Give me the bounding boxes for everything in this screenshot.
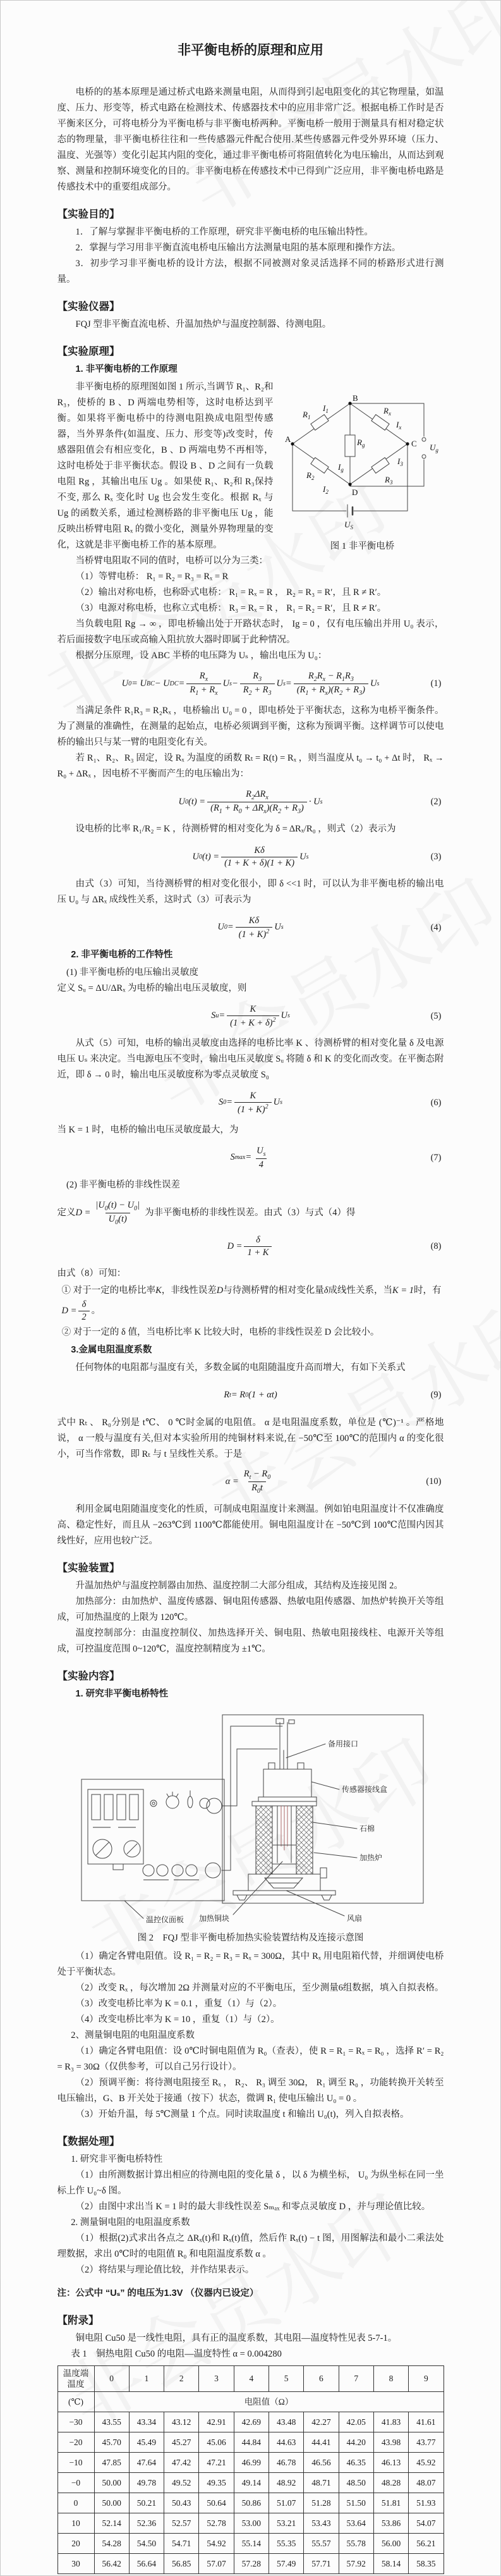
- equation-number: (10): [426, 1474, 441, 1490]
- table-cell: 50.43: [164, 2493, 199, 2513]
- table-cell: 4: [234, 2365, 269, 2391]
- principle-section2-title: 2. 非平衡电桥的工作特性: [57, 947, 444, 963]
- principle-section1-title: 1. 非平衡电桥的工作原理: [57, 362, 444, 377]
- principle-paragraph-4: 根据分压原理，设 ABC 半桥的电压降为 Uₛ ，输出电压为 U₀：: [57, 648, 444, 664]
- table-cell: 43.98: [373, 2432, 408, 2452]
- label-copper-block: 加热铜块: [199, 1913, 229, 1923]
- data-processing-item: （2）由图中求出当 K = 1 时的最大非线性误差 Sₘₐₓ 和零点灵敏度 D …: [57, 2199, 444, 2215]
- fraction: δ2: [78, 1299, 89, 1323]
- principle-paragraph-3: 当负载电阻 Rg → ∞ ，即电桥输出处于开路状态时， Ig = 0 ，仅有电压…: [57, 616, 444, 648]
- equation-5: Su = K(1 + K + δ)2Us(5): [57, 1002, 444, 1030]
- table-cell: 45.06: [199, 2432, 234, 2452]
- table-row: 2054.2854.5054.7154.9255.1455.3555.5755.…: [57, 2533, 444, 2553]
- figure-2: 备用接口 传感器接线盒 石棉 加热炉 加热铜块 风扇: [57, 1711, 444, 1946]
- table-cell: 47.64: [129, 2452, 164, 2472]
- current-ig-label: Ig: [337, 462, 344, 473]
- resistor-r3-label: R3: [384, 475, 393, 486]
- equation-number: (8): [431, 1239, 442, 1254]
- table-cell: 46.99: [234, 2452, 269, 2472]
- table-row: 1052.1452.3652.5752.7853.0053.2153.4353.…: [57, 2513, 444, 2533]
- purpose-item: 3．初步学习非平衡电桥的设计方法，根据不同被测对象灵活选择不同的桥路形式进行测量…: [57, 256, 444, 288]
- table-cell: 53.64: [339, 2513, 373, 2533]
- table-cell: 47.85: [94, 2452, 129, 2472]
- table-cell: 43.55: [94, 2412, 129, 2432]
- table-cell: 43.12: [164, 2412, 199, 2432]
- content-step: （2）改变 Rₓ ，每次增加 2Ω 并测量对应的不平衡电压，至少测量6组数据，填…: [57, 1980, 444, 1996]
- fraction: |U0(t) − U0|U0(t): [92, 1199, 143, 1227]
- table-cell: 54.71: [164, 2533, 199, 2553]
- label-spare-port: 备用接口: [328, 1739, 358, 1748]
- fraction: Kδ(1 + K)2: [236, 915, 273, 941]
- bridge-circuit-diagram: A B C D R1 I1 Rx Ix R2 I2 R3 I3 Rg Ig Ug…: [284, 381, 442, 532]
- current-i3-label: I3: [397, 457, 403, 467]
- table-cell: 50.00: [94, 2472, 129, 2493]
- table-cell: 0: [57, 2493, 94, 2513]
- table-cell: 56.42: [94, 2553, 129, 2573]
- table-cell: 51.81: [373, 2493, 408, 2513]
- table-cell: 52.78: [199, 2513, 234, 2533]
- instruments-text: FQJ 型非平衡直流电桥、升温加热炉与温度控制器、待测电阻。: [57, 317, 444, 333]
- voltage-us-label: US: [344, 520, 353, 531]
- apparatus-paragraph-2: 加热部分：由加热炉、温度传感器、铜电阻传感器、热敏电阻传感器、加热炉转换开关等组…: [57, 1594, 444, 1626]
- table-cell: 52.36: [129, 2513, 164, 2533]
- table-cell: 56.00: [373, 2533, 408, 2553]
- resistor-r1-label: R1: [302, 410, 310, 420]
- bridge-class-2: （2）输出对称电桥，也称卧式电桥： R₁ = Rₓ = R ， R₂ = R₃ …: [57, 585, 444, 601]
- equation-2: U0(t) = R2ΔRx(R1 + R0 + ΔRx)(R2 + R3) · …: [57, 788, 444, 816]
- table-cell: 2: [164, 2365, 199, 2391]
- voltage-ug-label: Ug: [430, 443, 438, 453]
- table-cell: 48.28: [373, 2472, 408, 2493]
- table-cell: 42.27: [304, 2412, 339, 2432]
- table-cell: 49.78: [129, 2472, 164, 2493]
- table-cell: 50.64: [199, 2493, 234, 2513]
- table-cell: 52.14: [94, 2513, 129, 2533]
- heading-apparatus: 【实验装置】: [57, 1561, 444, 1576]
- table-cell: 48.71: [304, 2472, 339, 2493]
- table-cell: 49.14: [234, 2472, 269, 2493]
- table-cell: 42.05: [339, 2412, 373, 2432]
- resistor-rx-label: Rx: [383, 406, 391, 417]
- figure-1: A B C D R1 I1 Rx Ix R2 I2 R3 I3 Rg Ig Ug…: [281, 381, 444, 555]
- table-cell: 53.21: [269, 2513, 303, 2533]
- fraction: Rt − R0R0t: [241, 1468, 274, 1495]
- current-ix-label: Ix: [395, 420, 401, 431]
- fraction: R2Rx − R1R3(R1 + Rx)(R2 + R3): [294, 670, 368, 697]
- content-step: （1）确定各臂电阻值：设 0℃时铜电阻值为 R₀（查表），使 R = R₁ = …: [57, 2044, 444, 2075]
- equation-4: U0 = Kδ(1 + K)2Us(4): [57, 914, 444, 941]
- content-step: （4）改变电桥比率为 K = 10 ，重复（1）与（2）。: [57, 2012, 444, 2028]
- table-cell: 45.70: [94, 2432, 129, 2452]
- table-cell: −20: [57, 2432, 94, 2452]
- data-processing-s1: 1. 研究非平衡电桥特性: [57, 2152, 444, 2168]
- principle-paragraph-8: 由式（3）可知，当待测桥臂的相对变化很小，即 δ <<1 时，可以认为非平衡电桥…: [57, 876, 444, 908]
- principle-paragraph-12: 任何物体的电阻都与温度有关，多数金属的电阻随温度升高而增大，有如下关系式: [57, 1360, 444, 1376]
- appendix-table-wrap: 温度端温度0123456789(℃)电阻值（Ω）−3043.5543.3443.…: [57, 2365, 444, 2574]
- heading-purpose: 【实验目的】: [57, 207, 444, 223]
- table-cell: 3: [199, 2365, 234, 2391]
- equation-number: (7): [431, 1150, 442, 1166]
- equation-7: Smax = Us4(7): [57, 1144, 444, 1172]
- principle-paragraph-5: 当满足条件 R₁R₃ = R₂Rₓ ，电桥输出 U₀ = 0 ，即电桥处于平衡状…: [57, 703, 444, 751]
- table-cell: 30: [57, 2553, 94, 2573]
- equation-1: U0 = UBC − UDC = RxR1 + RxUs − R3R2 + R3…: [57, 670, 444, 697]
- table-cell: 58.35: [409, 2553, 444, 2573]
- node-label-c: C: [411, 439, 417, 448]
- heating-apparatus-diagram: 备用接口 传感器接线盒 石棉 加热炉 加热铜块 风扇: [74, 1711, 428, 1929]
- figure-2-caption: 图 2 FQJ 型非平衡电桥加热实验装置结构及连接示意图: [57, 1930, 444, 1946]
- equation-6: S0 = K(1 + K)2Us(6): [57, 1089, 444, 1117]
- table-cell: 51.07: [269, 2493, 303, 2513]
- table-cell: 56.64: [129, 2553, 164, 2573]
- table-cell: 44.20: [339, 2432, 373, 2452]
- table-cell: 50.21: [129, 2493, 164, 2513]
- table-cell: 47.21: [199, 2452, 234, 2472]
- table-cell: 42.91: [199, 2412, 234, 2432]
- equation-10: α = Rt − R0R0t(10): [57, 1468, 444, 1496]
- equation-3: U0(t) = Kδ(1 + K + δ)(1 + K)Us(3): [57, 843, 444, 871]
- heading-content: 【实验内容】: [57, 1669, 444, 1684]
- table-cell: 51.28: [304, 2493, 339, 2513]
- label-fan: 风扇: [347, 1913, 362, 1923]
- appendix-paragraph: 铜电阻 Cu50 是一线性电阻，具有正的温度系数，其电阻—温度特性见表 5-7-…: [57, 2331, 444, 2346]
- table-cell: 8: [373, 2365, 408, 2391]
- page-title: 非平衡电桥的原理和应用: [57, 42, 444, 58]
- equation-number: (6): [431, 1095, 442, 1111]
- table-cell: 54.50: [129, 2533, 164, 2553]
- table-cell: 45.49: [129, 2432, 164, 2452]
- table-cell: 46.13: [373, 2452, 408, 2472]
- node-label-d: D: [352, 488, 358, 497]
- table-cell: 20: [57, 2533, 94, 2553]
- table-cell: 7: [339, 2365, 373, 2391]
- apparatus-paragraph-3: 温度控制部分：由温度控制仪、加热选择开关、铜电阻、热敏电阻接线柱、电源开关等组成…: [57, 1626, 444, 1657]
- table-row: −3043.5543.3443.1242.9142.6943.4842.2742…: [57, 2412, 444, 2432]
- data-processing-s2: 2. 测量铜电阻的电阻温度系数: [57, 2215, 444, 2231]
- table-cell: 51.93: [409, 2493, 444, 2513]
- appendix-table: 温度端温度0123456789(℃)电阻值（Ω）−3043.5543.3443.…: [57, 2365, 444, 2573]
- content-section1-title: 1. 研究非平衡电桥特性: [57, 1686, 444, 1702]
- table-cell: 58.14: [373, 2553, 408, 2573]
- table-cell: 9: [409, 2365, 444, 2391]
- table-cell: 50.86: [234, 2493, 269, 2513]
- node-label-a: A: [285, 434, 291, 444]
- document-page: 非会员水印 非会员水印 非会员水印 非会员水印 非会员水印 非会员水印 非平衡电…: [0, 0, 501, 2576]
- resistor-r2-label: R2: [306, 470, 315, 481]
- sensitivity-definition: 定义 Sᵤ = ΔU/ΔRₓ 为电桥的输出电压灵敏度，则: [57, 981, 444, 997]
- principle-paragraph-13: 式中 Rₜ 、 R₀分别是 t℃、 0 ℃时金属的电阻值。 α 是电阻温度系数，…: [57, 1415, 444, 1463]
- table-cell: 53.86: [373, 2513, 408, 2533]
- table-cell: 1: [129, 2365, 164, 2391]
- table-cell: 57.92: [339, 2553, 373, 2573]
- intro-paragraph: 电桥的的基本原理是通过桥式电路来测量电阻，从而得到引起电阻变化的其它物理量，如温…: [57, 85, 444, 195]
- content-step: （3）改变电桥比率为 K = 0.1 ，重复（1）与（2）。: [57, 1996, 444, 2012]
- table-cell: 57.49: [269, 2553, 303, 2573]
- data-processing-item: （1）由所测数据计算出相应的待测电阻的变化量 δ ，以 δ 为横坐标， U₀ 为…: [57, 2168, 444, 2199]
- fraction: K(1 + K + δ)2: [227, 1003, 279, 1029]
- purpose-item: 2．掌握与学习用非平衡直流电桥电压输出方法测量电阻的基本原理和操作方法。: [57, 240, 444, 256]
- label-controller-panel: 温控仪面板: [146, 1915, 184, 1924]
- table-cell: 43.48: [269, 2412, 303, 2432]
- table-row: −2045.7045.4945.2745.0644.8444.6344.4144…: [57, 2432, 444, 2452]
- equation-number: (5): [431, 1009, 442, 1024]
- content-section2-title: 2、测量铜电阻的电阻温度系数: [57, 2028, 444, 2044]
- table-cell: 53.00: [234, 2513, 269, 2533]
- label-furnace: 加热炉: [359, 1853, 382, 1862]
- conclusion-point-2: ② 对于一定的 δ 值，当电桥比率 K 比较大时，电桥的非线性误差 D 会比较小…: [57, 1325, 444, 1340]
- equation-9: Rt = R0(1 + αt)(9): [57, 1382, 444, 1409]
- table-cell: 53.43: [304, 2513, 339, 2533]
- principle-section2-sub1: (1) 非平衡电桥的电压输出灵敏度: [57, 965, 444, 981]
- table-cell: 51.50: [339, 2493, 373, 2513]
- data-processing-item: （2）将结果与理论值比较，并作结果表示。: [57, 2262, 444, 2278]
- table-cell: 48.50: [339, 2472, 373, 2493]
- table-cell: 41.83: [373, 2412, 408, 2432]
- heading-appendix: 【附录】: [57, 2313, 444, 2329]
- table-cell: 47.42: [164, 2452, 199, 2472]
- principle-paragraph-7: 设电桥的比率 R₁/R₂ = K ，待测桥臂的相对变化为 δ = ΔRₓ/R₀ …: [57, 821, 444, 837]
- figure-1-caption: 图 1 非平衡电桥: [281, 539, 444, 555]
- heading-principle: 【实验原理】: [57, 344, 444, 360]
- table-cell: −0: [57, 2472, 94, 2493]
- apparatus-paragraph-1: 升温加热炉与温度控制器由加热、温度控制二大部分组成，其结构及连接见图 2。: [57, 1578, 444, 1594]
- table-cell: 44.84: [234, 2432, 269, 2452]
- table-cell: 45.92: [409, 2452, 444, 2472]
- node-label-b: B: [353, 393, 358, 403]
- purpose-item: 1．了解与掌握非平衡电桥的工作原理，研究非平衡电桥的电压输出特性。: [57, 224, 444, 240]
- equation-8: D = δ1 + K(8): [57, 1232, 444, 1260]
- table-cell: 电阻值（Ω）: [94, 2391, 444, 2412]
- table-cell: 55.78: [339, 2533, 373, 2553]
- table-cell: 6: [304, 2365, 339, 2391]
- bridge-class-1: （1）等臂电桥： R₁ = R₂ = R₃ = Rₓ = R: [57, 569, 444, 585]
- table-cell: 45.27: [164, 2432, 199, 2452]
- fraction: K(1 + K)2: [234, 1090, 272, 1116]
- table-cell: 52.57: [164, 2513, 199, 2533]
- equation-number: (3): [431, 849, 442, 865]
- principle-paragraph-11: 由式（8）可知：: [57, 1266, 444, 1282]
- heading-data-processing: 【数据处理】: [57, 2134, 444, 2150]
- appendix-table-caption: 表 1 铜热电阻 Cu50 的电阻—温度特性 α = 0.004280: [57, 2346, 444, 2362]
- label-junction-box: 传感器接线盒: [342, 1784, 387, 1794]
- content-step: （2）预调平衡：将待测电阻接至 Rₓ ， R₂、 R₃ 调至 30Ω， R₁ 调…: [57, 2075, 444, 2107]
- nonlinearity-definition: 定义 D = |U0(t) − U0|U0(t) 为非平衡电桥的非线性误差。由式…: [57, 1199, 444, 1227]
- fraction: RxR1 + Rx: [186, 670, 220, 697]
- equation-number: (4): [431, 920, 442, 936]
- bridge-class-3: （3）电源对称电桥，也称立式电桥： R₃ = Rₓ = R ， R₁ = R₂ …: [57, 601, 444, 616]
- current-i2-label: I2: [322, 484, 329, 495]
- table-cell: 49.52: [164, 2472, 199, 2493]
- heading-instruments: 【实验仪器】: [57, 299, 444, 315]
- content-step: （3）开始升温，每 5℃测量 1 个点。同时读取温度 t 和输出 U₀(t)，列…: [57, 2107, 444, 2123]
- table-cell: 57.71: [304, 2553, 339, 2573]
- table-cell: 54.92: [199, 2533, 234, 2553]
- resistor-rg-label: Rg: [356, 438, 365, 448]
- principle-paragraph-10: 当 K = 1 时，电桥的输出电压灵敏度最大，为: [57, 1122, 444, 1138]
- table-cell: 54.07: [409, 2513, 444, 2533]
- table-row: 3056.4256.6456.8557.0757.2857.4957.7157.…: [57, 2553, 444, 2573]
- table-cell: 41.61: [409, 2412, 444, 2432]
- label-asbestos: 石棉: [359, 1824, 375, 1833]
- table-cell: 43.77: [409, 2432, 444, 2452]
- table-cell: 56.85: [164, 2553, 199, 2573]
- table-cell: 48.92: [269, 2472, 303, 2493]
- table-cell: 43.34: [129, 2412, 164, 2432]
- table-cell: 温度端温度: [57, 2365, 94, 2391]
- principle-section3-title: 3.金属电阻温度系数: [57, 1342, 444, 1358]
- content-step: （1）确定各臂电阻值。设 R₁ = R₂ = R₃ = Rₓ = 300Ω，其中…: [57, 1949, 444, 1980]
- table-cell: 57.28: [234, 2553, 269, 2573]
- table-cell: 46.56: [304, 2452, 339, 2472]
- table-cell: −10: [57, 2452, 94, 2472]
- table-cell: 55.35: [269, 2533, 303, 2553]
- table-cell: 55.14: [234, 2533, 269, 2553]
- principle-paragraph-6: 若 R₁、R₂、R₃ 固定，设 Rₓ 为温度的函数 Rₜ = R(t) = Rₓ…: [57, 751, 444, 782]
- principle-paragraph-14: 利用金属电阻随温度变化的性质，可制成电阻温度计来测温。例如铂电阻温度计不仅准确度…: [57, 1502, 444, 1549]
- fraction: R3R2 + R3: [240, 670, 275, 697]
- table-row: 050.0050.2150.4350.6450.8651.0751.2851.5…: [57, 2493, 444, 2513]
- current-i1-label: I1: [322, 403, 329, 414]
- table-cell: 42.69: [234, 2412, 269, 2432]
- table-cell: 0: [94, 2365, 129, 2391]
- table-cell: 46.35: [339, 2452, 373, 2472]
- table-cell: 44.41: [304, 2432, 339, 2452]
- table-cell: −30: [57, 2412, 94, 2432]
- table-row: −1047.8547.6447.4247.2146.9946.7846.5646…: [57, 2452, 444, 2472]
- table-cell: 46.78: [269, 2452, 303, 2472]
- table-cell: (℃): [57, 2391, 94, 2412]
- table-cell: 54.28: [94, 2533, 129, 2553]
- table-cell: 48.07: [409, 2472, 444, 2493]
- table-cell: 5: [269, 2365, 303, 2391]
- conclusion-point-1: ① 对于一定的电桥比率 K，非线性误差 D 与待测桥臂的相对变化量 δ 成线性关…: [57, 1283, 444, 1323]
- table-cell: 50.00: [94, 2493, 129, 2513]
- table-row: −050.0049.7849.5249.3549.1448.9248.7148.…: [57, 2472, 444, 2493]
- table-cell: 57.07: [199, 2553, 234, 2573]
- table-cell: 44.63: [269, 2432, 303, 2452]
- table-cell: 56.21: [409, 2533, 444, 2553]
- table-cell: 10: [57, 2513, 94, 2533]
- equation-number: (2): [431, 794, 442, 810]
- fraction: Kδ(1 + K + δ)(1 + K): [221, 845, 298, 869]
- table-cell: 49.35: [199, 2472, 234, 2493]
- fraction: Us4: [253, 1145, 269, 1171]
- principle-paragraph-2: 当桥臂电阻取不同的值时，电桥可以分为三类：: [57, 553, 444, 569]
- equation-number: (9): [431, 1387, 442, 1403]
- principle-section2-sub2: (2) 非平衡电桥的非线性误差: [57, 1177, 444, 1193]
- voltage-note: 注：公式中 “Uₛ” 的电压为1.3V （仪器内已设定）: [57, 2286, 444, 2302]
- fraction: R2ΔRx(R1 + R0 + ΔRx)(R2 + R3): [207, 788, 307, 816]
- data-processing-item: （1）根据(2)式求出各点之 ΔRₓ(t)和 Rₓ(t)值，然后作 Rₓ(t) …: [57, 2231, 444, 2262]
- fraction: δ1 + K: [244, 1234, 272, 1259]
- table-cell: 55.57: [304, 2533, 339, 2553]
- equation-number: (1): [431, 676, 442, 692]
- principle-paragraph-9: 从式（5）可知，电桥的输出灵敏度由选择的电桥比率 K 、待测桥臂的相对变化量 δ…: [57, 1036, 444, 1083]
- document-content: 非平衡电桥的原理和应用 电桥的的基本原理是通过桥式电路来测量电阻，从而得到引起电…: [57, 1, 444, 2574]
